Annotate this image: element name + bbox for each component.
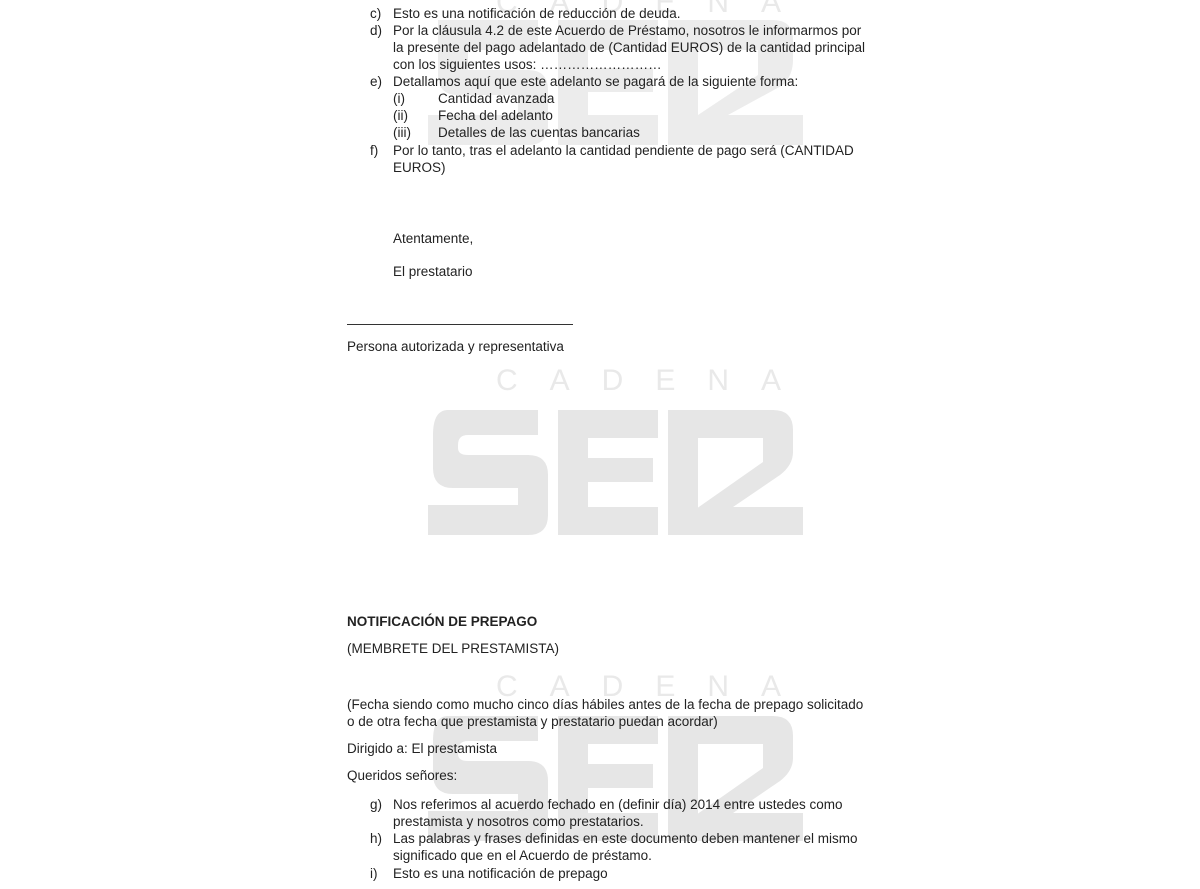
date-note: (Fecha siendo como mucho cinco días hábi… [347, 696, 863, 713]
closing-text: Atentamente, [393, 230, 473, 247]
sublist-marker: (ii) [393, 107, 408, 124]
list-item-text: Las palabras y frases definidas en este … [393, 830, 858, 847]
list-marker: h) [370, 830, 382, 847]
list-item-text: Por la cláusula 4.2 de este Acuerdo de P… [393, 22, 861, 39]
list-item-text: EUROS) [393, 159, 446, 176]
list-item-text: Nos referimos al acuerdo fechado en (def… [393, 796, 843, 813]
sublist-marker: (i) [393, 90, 405, 107]
list-marker: g) [370, 796, 382, 813]
list-marker: e) [370, 73, 382, 90]
list-item-text: Por lo tanto, tras el adelanto la cantid… [393, 142, 854, 159]
sublist-item-text: Detalles de las cuentas bancarias [438, 124, 640, 141]
signature-line [347, 324, 573, 325]
date-note: o de otra fecha que prestamista y presta… [347, 713, 718, 730]
list-item-text: Esto es una notificación de reducción de… [393, 5, 680, 22]
document-page: c) Esto es una notificación de reducción… [0, 0, 1200, 889]
list-marker: c) [370, 5, 381, 22]
list-item-text: prestamista y nosotros como prestatarios… [393, 813, 644, 830]
sublist-marker: (iii) [393, 124, 411, 141]
list-item-text: Detallamos aquí que este adelanto se pag… [393, 73, 798, 90]
sublist-item-text: Fecha del adelanto [438, 107, 553, 124]
list-item-text: Esto es una notificación de prepago [393, 865, 608, 882]
signer-text: El prestatario [393, 263, 473, 280]
section-title: NOTIFICACIÓN DE PREPAGO [347, 613, 537, 630]
list-marker: f) [370, 142, 378, 159]
addressee-text: Dirigido a: El prestamista [347, 740, 497, 757]
letterhead-text: (MEMBRETE DEL PRESTAMISTA) [347, 640, 559, 657]
list-marker: d) [370, 22, 382, 39]
sublist-item-text: Cantidad avanzada [438, 90, 554, 107]
signature-caption: Persona autorizada y representativa [347, 338, 564, 355]
greeting-text: Queridos señores: [347, 767, 457, 784]
list-item-text: con los siguientes usos: ……………………… [393, 56, 662, 73]
list-item-text: significado que en el Acuerdo de préstam… [393, 847, 652, 864]
list-marker: i) [370, 865, 378, 882]
list-item-text: la presente del pago adelantado de (Cant… [393, 39, 865, 56]
